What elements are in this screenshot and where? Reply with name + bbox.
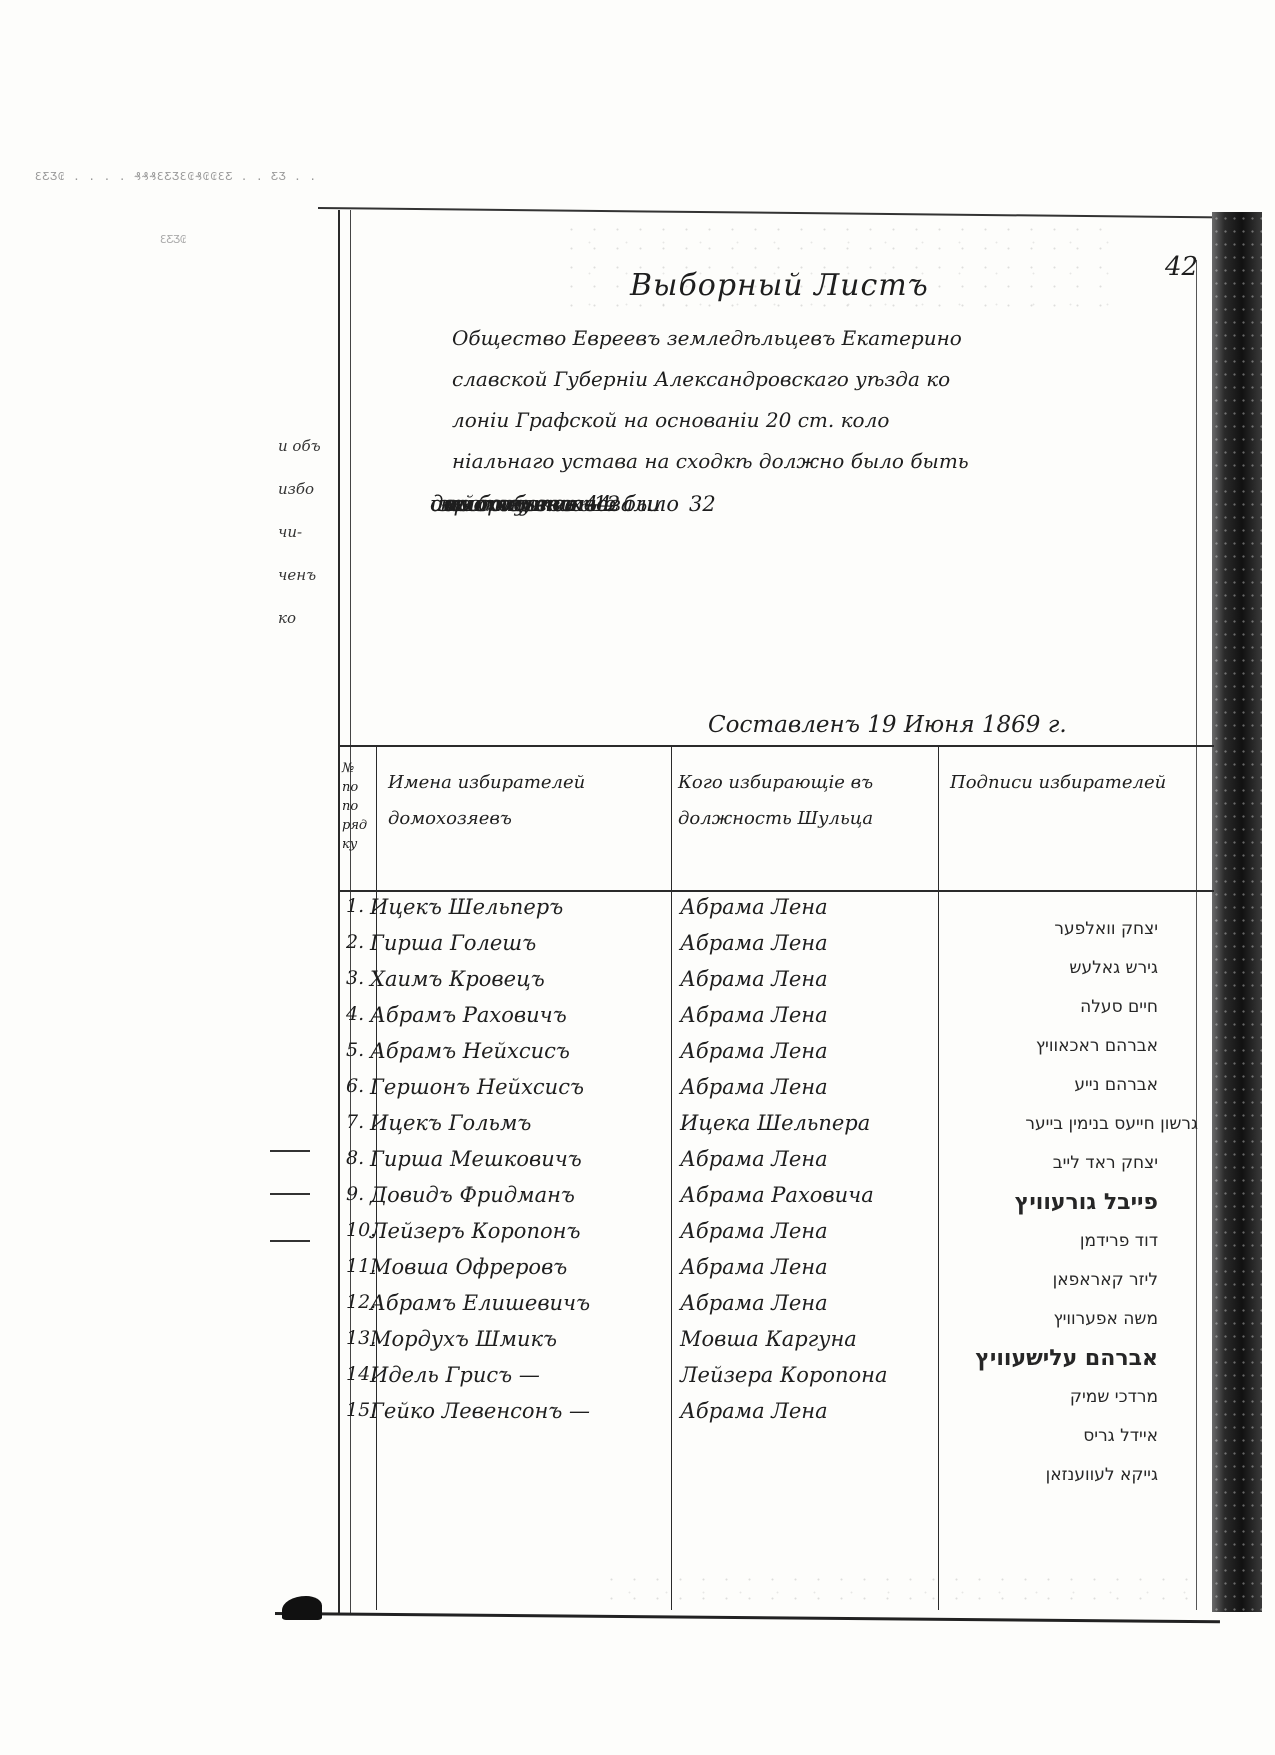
signature: יצחק ראד לייב [928, 1144, 1158, 1183]
elected-name: Абрама Лена [680, 1075, 828, 1099]
document-title: Выборный Листъ [630, 268, 929, 303]
scan-header-noise-2: ƐƸƷ₢ [160, 233, 187, 246]
signature: חיים סעלה [928, 988, 1158, 1027]
margin-note: ченъ [278, 554, 321, 597]
voter-name: Ицекъ Шельперъ [370, 895, 563, 919]
header-voters: Имена избирателей домохозяевъ [388, 765, 668, 837]
margin-note: избо [278, 468, 321, 511]
ink-blot [282, 1596, 322, 1620]
dash-mark [270, 1193, 310, 1195]
elected-name: Абрама Лена [680, 1039, 828, 1063]
signature: ליזר קאראפאן [928, 1261, 1158, 1300]
elected-name: Ицека Шельпера [680, 1111, 870, 1135]
book-binding-edge [1212, 212, 1262, 1612]
signature: מרדכי שמיק [928, 1378, 1158, 1417]
elected-name: Мовша Каргуна [680, 1327, 857, 1351]
elected-name: Абрама Лена [680, 1003, 828, 1027]
header-bottom-rule [338, 890, 1214, 892]
table-top-rule [338, 745, 1214, 747]
margin-note: ко [278, 597, 321, 640]
voter-name: Абрамъ Нейхсисъ [370, 1039, 570, 1063]
signature: משה אפערוויץ [928, 1300, 1158, 1339]
tally-label: за отлучкою [438, 492, 584, 516]
elected-name: Абрама Лена [680, 931, 828, 955]
election-table: № по по ряд ку Имена избирателей домохоз… [338, 745, 1214, 1610]
signature: אברהם ראכאוויץ [928, 1027, 1158, 1066]
signature: אברהם עלישעוויץ [928, 1339, 1158, 1378]
elected-name: Абрама Раховича [680, 1183, 874, 1207]
voter-name: Абрамъ Елишевичъ [370, 1291, 590, 1315]
margin-notes: и объ избо чи- ченъ ко [278, 425, 321, 640]
tally-away: за отлучкою12 [430, 485, 1275, 522]
dash-mark [270, 1150, 310, 1152]
header-elected: Кого избирающіе въ должность Шульца [678, 765, 938, 837]
voter-name: Гирша Мешковичъ [370, 1147, 582, 1171]
signature: אברהם נייע [928, 1066, 1158, 1105]
header-signatures: Подписи избирателей [950, 765, 1180, 801]
intro-line: лоніи Графской на основаніи 20 ст. коло [452, 400, 1192, 441]
voter-name: Абрамъ Раховичъ [370, 1003, 567, 1027]
voter-name: Идель Грисъ — [370, 1363, 540, 1387]
dash-mark [270, 1240, 310, 1242]
voter-name: Хаимъ Кровецъ [370, 967, 545, 991]
elected-name: Абрама Лена [680, 1219, 828, 1243]
tally-value: 12 [594, 492, 621, 516]
voter-name: Ицекъ Гольмъ [370, 1111, 531, 1135]
elected-name: Лейзера Коропона [680, 1363, 888, 1387]
elected-name: Абрама Лена [680, 1255, 828, 1279]
signature: פייבל גורעוויץ [928, 1183, 1158, 1222]
intro-line: славской Губерніи Александровскаго уѣзда… [452, 359, 1192, 400]
signature: איידל גריס [928, 1417, 1158, 1456]
signature: דוד פרידמן [928, 1222, 1158, 1261]
elected-name: Абрама Лена [680, 1147, 828, 1171]
intro-line: ніальнаго устава на сходкѣ должно было б… [452, 441, 1192, 482]
voter-name: Мовша Офреровъ [370, 1255, 567, 1279]
signature: יצחק וואלפער [928, 910, 1158, 949]
page-top-edge [318, 207, 1218, 218]
page-bottom-edge [275, 1612, 1220, 1623]
signature: גייקא לעווענזאן [928, 1456, 1158, 1495]
scan-header-noise: ƐƸƷ₢ . . . . ₰₰₰ƐƸƷƐ₢₰₢₢ƐƸ . . ƸƷ . . [35, 170, 505, 184]
signature: גרשון חייעס בנימין בייער [928, 1105, 1198, 1144]
voter-name: Гершонъ Нейхсисъ [370, 1075, 584, 1099]
elected-name: Абрама Лена [680, 967, 828, 991]
hebrew-signatures: יצחק וואלפער גירש גאלעש חיים סעלה אברהם … [928, 910, 1158, 1495]
intro-paragraph: Общество Евреевъ земледѣльцевъ Екатерино… [452, 318, 1192, 482]
elected-name: Абрама Лена [680, 1291, 828, 1315]
header-number: № по по ряд ку [342, 759, 372, 854]
margin-note: и объ [278, 425, 321, 468]
margin-note: чи- [278, 511, 321, 554]
voter-name: Мордухъ Шмикъ [370, 1327, 557, 1351]
elected-name: Абрама Лена [680, 895, 828, 919]
voter-name: Довидъ Фридманъ [370, 1183, 575, 1207]
compiled-date: Составленъ 19 Июня 1869 г. [708, 712, 1067, 738]
voter-name: Гирша Голешъ [370, 931, 536, 955]
page-number: 42 [1165, 252, 1198, 282]
voter-name: Лейзеръ Коропонъ [370, 1219, 580, 1243]
signature: גירש גאלעש [928, 949, 1158, 988]
intro-line: Общество Евреевъ земледѣльцевъ Екатерино [452, 318, 1192, 359]
elected-name: Абрама Лена [680, 1399, 828, 1423]
voter-name: Гейко Левенсонъ — [370, 1399, 590, 1423]
